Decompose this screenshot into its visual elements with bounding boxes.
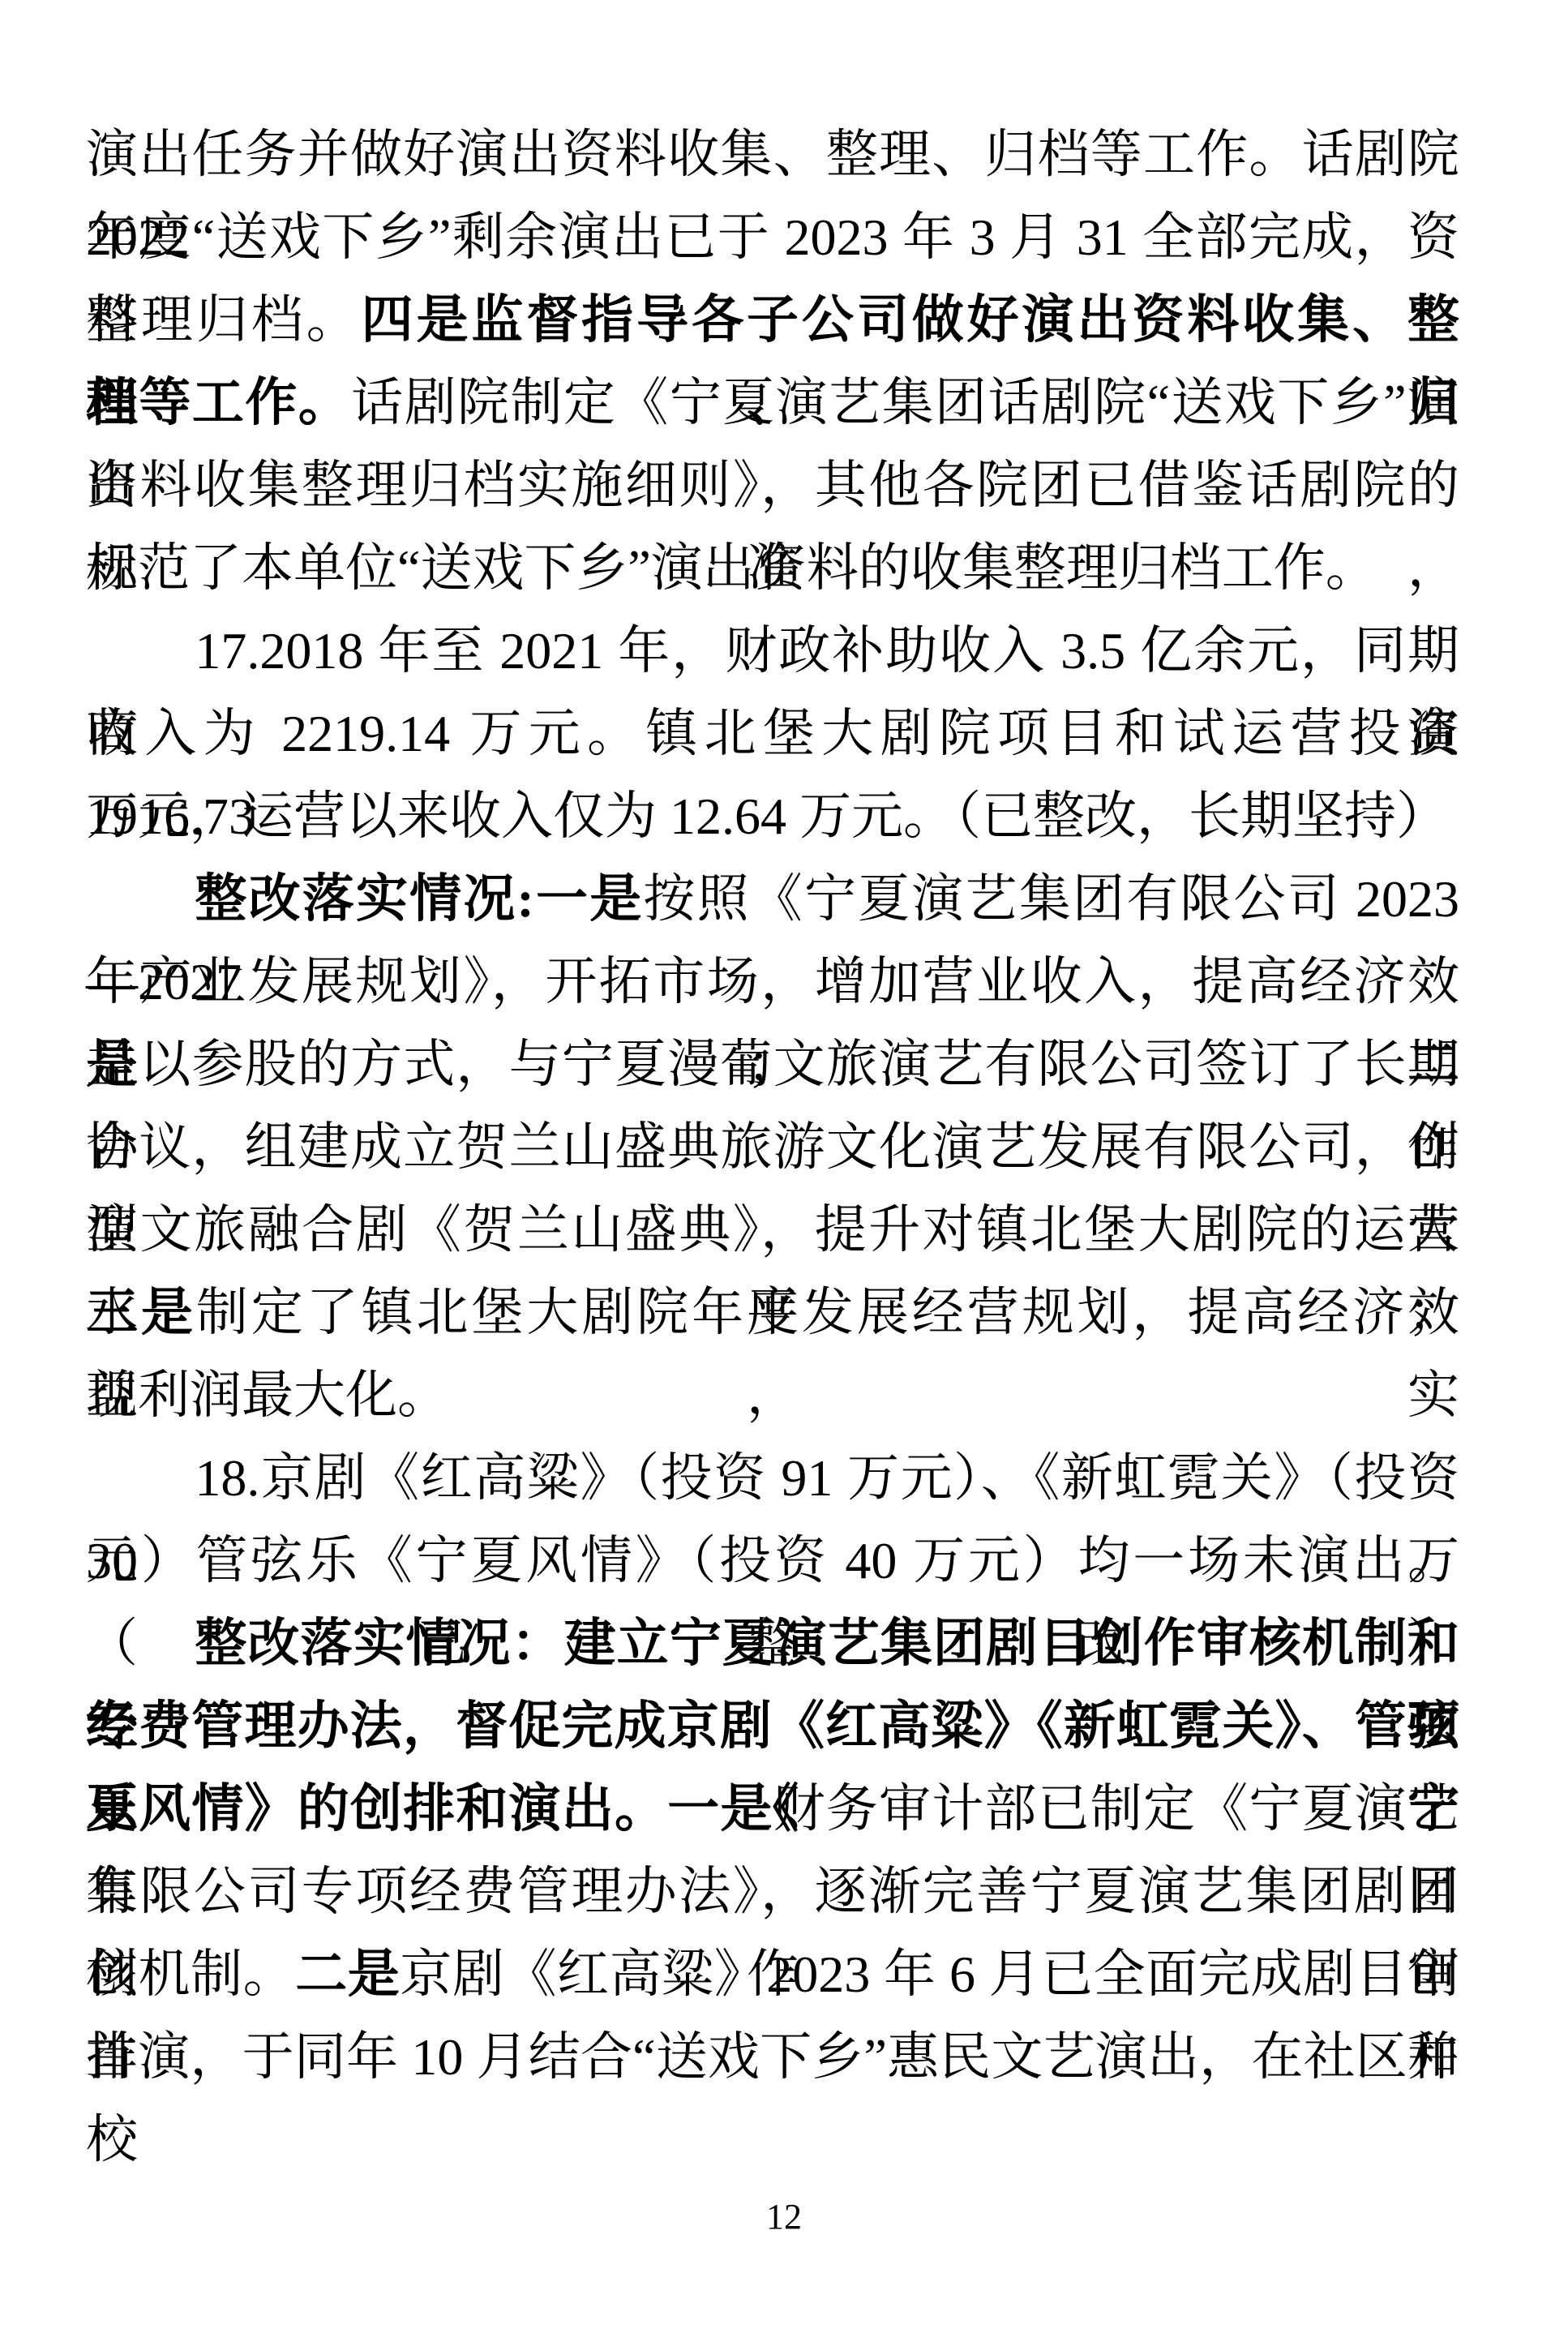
text-segment: 规范了本单位“送戏下乡”演出资料的收集整理归档工作。 (86, 539, 1377, 597)
text-segment: 核机制。 (86, 1945, 295, 2003)
text-line: 有限公司专项经费管理办法》，逐渐完善宁夏演艺集团剧目创作审 (86, 1851, 1459, 1933)
text-line: 万元，运营以来收入仅为 12.64 万元。（已整改，长期坚持） (86, 775, 1459, 858)
text-line: 年产业发展规划》，开拓市场，增加营业收入，提高经济效益；二 (86, 941, 1459, 1023)
bold-text-segment: 夏风情》的创排和演出。一是 (86, 1780, 773, 1838)
document-page: 演出任务并做好演出资料收集、整理、归档等工作。话剧院 2022年度“送戏下乡”剩… (0, 0, 1568, 2342)
bold-text-segment: 整改落实情况:一是 (195, 870, 643, 928)
bold-text-segment: 是 (86, 1036, 139, 1093)
text-line: 17.2018 年至 2021 年，财政补助收入 3.5 亿余元，同期商演 (86, 610, 1459, 693)
text-line: 年度“送戏下乡”剩余演出已于 2023 年 3 月 31 全部完成，资料 (86, 196, 1459, 279)
text-segment: 现利润最大化。 (86, 1366, 449, 1424)
text-segment: 整理归档。 (86, 291, 362, 349)
text-line: 经费管理办法，督促完成京剧《红高粱》《新虹霓关》、管弦乐《宁 (86, 1685, 1459, 1768)
text-line: 资料收集整理归档实施细则》，其他各院团已借鉴话剧院的标准， (86, 444, 1459, 527)
text-line: 收入为 2219.14 万元。镇北堡大剧院项目和试运营投资 1916.73 (86, 693, 1459, 775)
bold-text-segment: 档等工作。 (86, 374, 351, 431)
text-line: 档等工作。话剧院制定《宁夏演艺集团话剧院“送戏下乡”演出 (86, 362, 1459, 444)
text-line: 是以参股的方式，与宁夏漫葡文旅演艺有限公司签订了长期合作 (86, 1023, 1459, 1106)
page-number: 12 (0, 2194, 1568, 2240)
text-line: 元）管弦乐《宁夏风情》（投资 40 万元）均一场未演出。（已整改） (86, 1520, 1459, 1602)
document-body: 演出任务并做好演出资料收集、整理、归档等工作。话剧院 2022年度“送戏下乡”剩… (86, 114, 1459, 2099)
text-line: 整改落实情况:一是按照《宁夏演艺集团有限公司 2023—2027 (86, 858, 1459, 941)
text-line: 三是制定了镇北堡大剧院年度发展经营规划，提高经济效益，实 (86, 1272, 1459, 1354)
text-segment: 万元，运营以来收入仅为 12.64 万元。（已整改，长期坚持） (86, 787, 1448, 845)
bold-text-segment: 二是 (295, 1945, 400, 2003)
text-line: 18.京剧《红高粱》（投资 91 万元）、《新虹霓关》（投资 30 万 (86, 1437, 1459, 1520)
text-line: 核机制。二是京剧《红高粱》2023 年 6 月已全面完成剧目创排并 (86, 1933, 1459, 2016)
text-line: 演出任务并做好演出资料收集、整理、归档等工作。话剧院 2022 (86, 114, 1459, 196)
text-line: 整改落实情况：建立宁夏演艺集团剧目创作审核机制和专项 (86, 1602, 1459, 1685)
text-line: 首演，于同年 10 月结合“送戏下乡”惠民文艺演出，在社区和校 (86, 2016, 1459, 2099)
text-line: 规范了本单位“送戏下乡”演出资料的收集整理归档工作。 (86, 527, 1459, 610)
bold-text-segment: 三是 (86, 1284, 196, 1341)
text-line: 夏风情》的创排和演出。一是财务审计部已制定《宁夏演艺集团 (86, 1768, 1459, 1851)
text-line: 协议，组建成立贺兰山盛典旅游文化演艺发展有限公司，创演大 (86, 1106, 1459, 1189)
text-line: 整理归档。四是监督指导各子公司做好演出资料收集、整理、归 (86, 279, 1459, 362)
text-line: 型文旅融合剧《贺兰山盛典》，提升对镇北堡大剧院的运营水平； (86, 1189, 1459, 1272)
text-segment: 首演，于同年 10 月结合“送戏下乡”惠民文艺演出，在社区和校 (86, 2028, 1459, 2168)
